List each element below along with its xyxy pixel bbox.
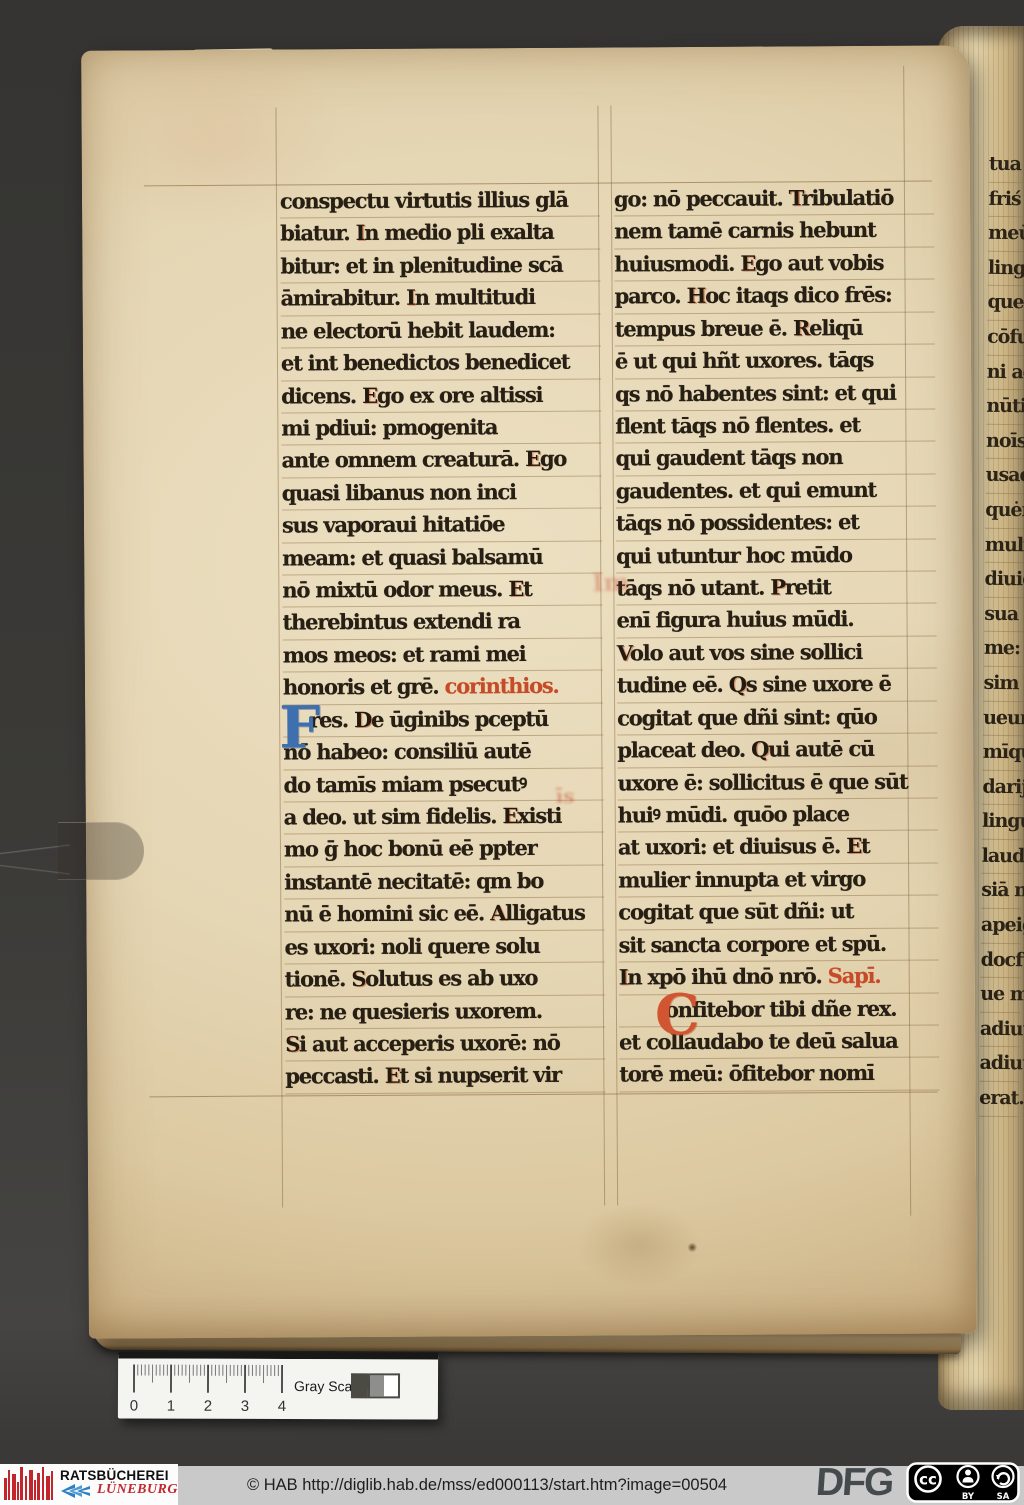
manuscript-text: do tamīs miam psecutꝰ bbox=[283, 771, 526, 797]
manuscript-text-line: biatur. In medio pli exalta bbox=[280, 217, 600, 251]
illuminated-initial: F bbox=[253, 699, 319, 755]
facing-page-text-fragment: usad bbox=[986, 459, 1024, 494]
manuscript-text: mos meos: et rami mei bbox=[283, 641, 526, 667]
manuscript-text-line: es uxori: noli quere solu bbox=[284, 930, 604, 964]
manuscript-text: gaudentes. et qui emunt bbox=[616, 477, 876, 504]
manuscript-text: E bbox=[525, 446, 540, 471]
manuscript-text: oc itaqs dico frēs: bbox=[705, 282, 891, 308]
rubric-text: Sapī. bbox=[828, 963, 881, 988]
library-bars-icon bbox=[4, 1467, 56, 1502]
manuscript-text: R bbox=[793, 315, 809, 340]
manuscript-text: ribulatiō bbox=[802, 185, 894, 211]
manuscript-text: uxore ē: sollicitus ē que sūt bbox=[617, 768, 907, 795]
manuscript-text: meam: et quasi balsamū bbox=[282, 544, 542, 571]
manuscript-text: nem tamē carnis hebunt bbox=[614, 217, 876, 244]
manuscript-text: S bbox=[351, 966, 365, 991]
manuscript-text-line: quasi libanus non inci bbox=[282, 476, 602, 510]
facing-page-text-fragment: siā me bbox=[981, 874, 1021, 909]
manuscript-text: nū ē homini sic eē. bbox=[284, 901, 490, 927]
manuscript-text: quasi libanus non inci bbox=[282, 479, 516, 505]
manuscript-text: a deo. ut sim fidelis. bbox=[284, 803, 503, 829]
manuscript-text: conspectu virtutis illius glā bbox=[280, 187, 568, 214]
gray-patch-dark bbox=[351, 1373, 368, 1398]
manuscript-text: bitur: et in plenitudine scā bbox=[280, 252, 562, 279]
manuscript-text-line: cogitat que sūt dñi: ut bbox=[618, 896, 938, 930]
svg-text:4: 4 bbox=[278, 1398, 286, 1415]
manuscript-text-line: Si aut acceperis uxorē: nō bbox=[285, 1028, 605, 1062]
manuscript-text-line: mos meos: et rami mei bbox=[283, 638, 603, 672]
manuscript-text: A bbox=[490, 900, 505, 925]
manuscript-text: t bbox=[861, 833, 870, 858]
illuminated-initial: C bbox=[609, 987, 699, 1044]
manuscript-text: go aut vobis bbox=[755, 250, 883, 276]
manuscript-text-line: qui gaudent tāqs non bbox=[615, 442, 935, 476]
dfg-logo: DFG bbox=[814, 1461, 893, 1505]
gray-patch-mid bbox=[370, 1375, 384, 1396]
manuscript-text: S bbox=[285, 1031, 299, 1056]
facing-page-text-fragment: erat. bbox=[979, 1082, 1019, 1117]
ink-bleed-through: īs bbox=[556, 784, 586, 810]
manuscript-text: onfitebor tibi dñe rex. bbox=[665, 995, 896, 1021]
manuscript-text: ante omnem creaturā. bbox=[282, 446, 526, 472]
manuscript-text: ui autē cū bbox=[768, 736, 874, 762]
facing-page-text-fragment: quem bbox=[987, 286, 1024, 321]
manuscript-text-line: huiusmodi. Ego aut vobis bbox=[614, 247, 934, 281]
manuscript-text-line: sit sancta corpore et spū. bbox=[618, 928, 938, 962]
manuscript-text: instantē necitatē: qm bo bbox=[284, 868, 543, 895]
manuscript-text: t bbox=[523, 576, 532, 601]
manuscript-text: at uxori: et diuisus ē. bbox=[618, 834, 846, 860]
svg-text:0: 0 bbox=[130, 1397, 138, 1414]
manuscript-text: sus vaporaui hitatiōe bbox=[282, 511, 505, 537]
page-holder-clip bbox=[58, 822, 144, 880]
manuscript-text-line: instantē necitatē: qm bo bbox=[284, 865, 604, 899]
svg-text:2: 2 bbox=[204, 1398, 212, 1415]
manuscript-text: mo ḡ hoc bonū eē ppter bbox=[284, 835, 537, 862]
facing-page-text-fragment: apeig bbox=[981, 909, 1021, 944]
cc-icon: cc bbox=[916, 1467, 941, 1492]
manuscript-text: dicens. bbox=[281, 383, 362, 408]
manuscript-text: lligatus bbox=[505, 900, 585, 925]
manuscript-text: flent tāqs nō flentes. et bbox=[615, 412, 860, 438]
facing-page-text-fragment: multa bbox=[985, 528, 1024, 563]
manuscript-text-line: peccasti. Et si nupserit vir bbox=[285, 1060, 605, 1094]
manuscript-page: conspectu virtutis illius glābiatur. In … bbox=[81, 45, 977, 1338]
manuscript-text-line: ante omnem creaturā. Ego bbox=[281, 444, 601, 478]
cc-by-sa-badge: cc BY SA bbox=[906, 1462, 1020, 1503]
ratsbuecherei-logo: RATSBÜCHEREI LÜNEBURG bbox=[0, 1464, 178, 1505]
manuscript-text-line: mulier innupta et virgo bbox=[618, 863, 938, 897]
manuscript-text: Q bbox=[729, 672, 746, 697]
manuscript-text-line: āmirabitur. In multitudi bbox=[281, 282, 601, 316]
manuscript-text: i aut acceperis uxorē: nō bbox=[299, 1030, 560, 1057]
manuscript-text-line: Volo aut vos sine sollici bbox=[617, 636, 937, 670]
manuscript-text-line: therebintus extendi ra bbox=[282, 606, 602, 640]
library-city: LÜNEBURG bbox=[97, 1482, 178, 1498]
manuscript-text-line: tudine eē. Qs sine uxore ē bbox=[617, 669, 937, 703]
manuscript-text: go ex ore altissi bbox=[377, 381, 543, 407]
manuscript-text: go bbox=[540, 446, 566, 471]
manuscript-text: tudine eē. bbox=[617, 672, 729, 698]
facing-page-text-fragment: lingu bbox=[988, 252, 1024, 287]
manuscript-text-line: nō mixtū odor meus. Et bbox=[282, 574, 602, 608]
manuscript-text: āmirabitur. bbox=[281, 285, 407, 311]
gray-patch-box bbox=[368, 1373, 400, 1398]
svg-text:BY: BY bbox=[962, 1492, 975, 1502]
manuscript-text: tāqs nō possidentes: et bbox=[616, 509, 859, 535]
manuscript-text: E bbox=[846, 833, 861, 858]
manuscript-text: V bbox=[617, 640, 630, 665]
manuscript-text: t si nupserit vir bbox=[399, 1062, 561, 1088]
manuscript-text: nō habeo: consiliū autē bbox=[283, 738, 530, 765]
manuscript-text-line: flent tāqs nō flentes. et bbox=[615, 409, 935, 443]
facing-page-text-fragment: sim est bbox=[983, 667, 1023, 702]
manuscript-text: e ūginibs pceptū bbox=[371, 706, 548, 732]
manuscript-text: cogitat que dñi sint: qūo bbox=[617, 704, 877, 731]
manuscript-text-line: mi pdiui: pmogenita bbox=[281, 412, 601, 446]
facing-page-text-fragment: me: et bbox=[984, 632, 1024, 667]
manuscript-text: D bbox=[354, 707, 371, 732]
manuscript-text: re: ne quesieris uxorem. bbox=[285, 997, 542, 1024]
manuscript-text-line: enī figura huius mūdi. bbox=[616, 604, 936, 638]
manuscript-text: qui gaudent tāqs non bbox=[615, 444, 842, 470]
manuscript-text-line: tempus breue ē. Reliqū bbox=[615, 312, 935, 346]
facing-page-text-fragment: ueums bbox=[983, 701, 1023, 736]
manuscript-column-right: go: nō peccauit. Tribulatiōnem tamē carn… bbox=[614, 183, 940, 1093]
facing-page-text-fragment: nūtia bbox=[986, 390, 1024, 425]
facing-page-text-fragment: adiuto bbox=[979, 1047, 1019, 1082]
facing-page-text-fragment: adiuu bbox=[980, 1013, 1020, 1048]
facing-page-text-fragment: cōfue bbox=[987, 321, 1024, 356]
manuscript-text: E bbox=[362, 382, 377, 407]
manuscript-text-line: sus vaporaui hitatiōe bbox=[282, 509, 602, 543]
manuscript-text-line: qui utuntur hoc mūdo bbox=[616, 539, 936, 573]
manuscript-text-line: tāqs nō utant. Pretit bbox=[616, 572, 936, 606]
manuscript-text: P bbox=[770, 574, 785, 599]
svg-text:1: 1 bbox=[167, 1398, 175, 1415]
manuscript-text: huiꝰ mūdi. quōo place bbox=[618, 801, 849, 827]
manuscript-text: ne electorū hebit laudem: bbox=[281, 317, 555, 344]
manuscript-text: eliqū bbox=[809, 315, 862, 340]
facing-page-text-fragment: mīqu bbox=[983, 736, 1023, 771]
manuscript-text-line: huiꝰ mūdi. quōo place bbox=[618, 799, 938, 833]
manuscript-text: biatur. bbox=[280, 220, 356, 245]
manuscript-text: go: nō peccauit. bbox=[614, 185, 789, 211]
manuscript-text-line: torē meū: ōfitebor nomī bbox=[619, 1058, 939, 1092]
manuscript-text: n medio pli exalta bbox=[364, 219, 553, 245]
manuscript-text: tionē. bbox=[285, 966, 352, 991]
manuscript-text: n multitudi bbox=[415, 284, 535, 310]
manuscript-text-line: et int benedictos benedicet bbox=[281, 347, 601, 381]
manuscript-text: qs nō habentes sint: et qui bbox=[615, 379, 896, 406]
manuscript-text: I bbox=[406, 285, 415, 310]
facing-page-text-fragment: friś c bbox=[988, 182, 1024, 217]
manuscript-text-line: honoris et grē. corinthios. bbox=[283, 671, 603, 705]
svg-text:3: 3 bbox=[241, 1398, 249, 1415]
facing-page-text-fragment: sua fl bbox=[984, 598, 1024, 633]
facing-page-text-fragment: darij. bbox=[982, 770, 1022, 805]
manuscript-text: huiusmodi. bbox=[614, 251, 740, 277]
manuscript-text-line: Confitebor tibi dñe rex. bbox=[619, 993, 939, 1027]
manuscript-text-line: nem tamē carnis hebunt bbox=[614, 215, 934, 249]
manuscript-text: ē ut qui hñt uxores. tāqs bbox=[615, 347, 873, 374]
manuscript-text-line: placeat deo. Qui autē cū bbox=[617, 734, 937, 768]
manuscript-text: olo aut vos sine sollici bbox=[630, 639, 862, 665]
manuscript-text: cogitat que sūt dñi: ut bbox=[618, 898, 853, 924]
manuscript-text: olutus es ab uxo bbox=[365, 965, 537, 991]
manuscript-text-line: nū ē homini sic eē. Alligatus bbox=[284, 898, 604, 932]
manuscript-column-left: conspectu virtutis illius glābiatur. In … bbox=[280, 185, 606, 1095]
facing-page-text-fragment: quėru bbox=[985, 494, 1024, 529]
manuscript-text: mi pdiui: pmogenita bbox=[281, 414, 497, 440]
manuscript-text-line: conspectu virtutis illius glā bbox=[280, 185, 600, 219]
digitized-manuscript-viewer: { "colors": { "background": "#3b3a37", "… bbox=[0, 0, 1024, 1505]
facing-page-text-fragment: docfui bbox=[980, 943, 1020, 978]
manuscript-text-line: nō habeo: consiliū autē bbox=[283, 736, 603, 770]
library-name: RATSBÜCHEREI bbox=[60, 1468, 169, 1483]
manuscript-text-line: re: ne quesieris uxorem. bbox=[285, 995, 605, 1029]
facing-page-text-fragment: laudab bbox=[982, 840, 1022, 875]
facing-page-text-fragment: ni ad bbox=[987, 355, 1024, 390]
facing-page-text-fragment: diuidė bbox=[984, 563, 1024, 598]
manuscript-text-line: Fres. De ūginibs pceptū bbox=[283, 703, 603, 737]
manuscript-text-line: tāqs nō possidentes: et bbox=[616, 507, 936, 541]
manuscript-text-line: tionē. Solutus es ab uxo bbox=[285, 963, 605, 997]
manuscript-text: sit sancta corpore et spū. bbox=[618, 931, 886, 958]
manuscript-text: s sine uxore ē bbox=[746, 671, 891, 697]
manuscript-text-line: at uxori: et diuisus ē. Et bbox=[618, 831, 938, 865]
manuscript-text: parco. bbox=[615, 283, 687, 308]
facing-page-text-fragment: ue m bbox=[980, 978, 1020, 1013]
manuscript-text: E bbox=[385, 1063, 400, 1088]
svg-text:cc: cc bbox=[919, 1471, 937, 1489]
manuscript-text: qui utuntur hoc mūdo bbox=[616, 542, 852, 568]
facing-page-text-fragment: noīs bbox=[986, 425, 1024, 460]
manuscript-text-line: mo ḡ hoc bonū eē ppter bbox=[284, 833, 604, 867]
manuscript-text: I bbox=[356, 220, 365, 245]
facing-page-text-fragment: meū s bbox=[988, 217, 1024, 252]
book-pages-icon bbox=[60, 1483, 94, 1499]
manuscript-text: torē meū: ōfitebor nomī bbox=[619, 1060, 874, 1087]
manuscript-text: E bbox=[502, 803, 517, 828]
manuscript-text: retit bbox=[785, 574, 831, 599]
manuscript-text-line: gaudentes. et qui emunt bbox=[616, 474, 936, 508]
manuscript-text: placeat deo. bbox=[617, 737, 751, 763]
facing-page-text-fragment: lingua bbox=[982, 805, 1022, 840]
rubric-text: corinthios. bbox=[445, 673, 559, 699]
manuscript-text: tempus breue ē. bbox=[615, 315, 793, 341]
manuscript-text-line: dicens. Ego ex ore altissi bbox=[281, 379, 601, 413]
manuscript-text: Q bbox=[751, 737, 768, 762]
manuscript-text-line: uxore ē: sollicitus ē que sūt bbox=[617, 766, 937, 800]
manuscript-text-line: parco. Hoc itaqs dico frēs: bbox=[614, 280, 934, 314]
manuscript-text: H bbox=[687, 283, 706, 308]
manuscript-text: E bbox=[740, 250, 755, 275]
manuscript-text: peccasti. bbox=[285, 1063, 385, 1089]
manuscript-text: et int benedictos benedicet bbox=[281, 349, 570, 376]
manuscript-text-line: bitur: et in plenitudine scā bbox=[280, 249, 600, 283]
copyright-url-text: © HAB http://diglib.hab.de/mss/ed000113/… bbox=[247, 1476, 727, 1495]
manuscript-text-line: ne electorū hebit laudem: bbox=[281, 314, 601, 348]
manuscript-text-line: meam: et quasi balsamū bbox=[282, 541, 602, 575]
manuscript-text: I bbox=[619, 965, 628, 990]
manuscript-text: E bbox=[508, 576, 523, 601]
svg-text:SA: SA bbox=[997, 1492, 1010, 1502]
manuscript-text: nō mixtū odor meus. bbox=[282, 576, 508, 602]
manuscript-text-line: cogitat que dñi sint: qūo bbox=[617, 701, 937, 735]
manuscript-text: enī figura huius mūdi. bbox=[616, 607, 853, 633]
manuscript-text: es uxori: noli quere solu bbox=[284, 933, 539, 960]
manuscript-text-line: qs nō habentes sint: et qui bbox=[615, 377, 935, 411]
facing-page-text-fragment: tua ḡ bbox=[989, 148, 1024, 183]
gray-scale-ruler: 01234Gray Scale bbox=[118, 1351, 438, 1419]
manuscript-text: T bbox=[789, 185, 802, 210]
ink-bleed-through: Im bbox=[592, 566, 641, 598]
manuscript-text-line: ē ut qui hñt uxores. tāqs bbox=[615, 345, 935, 379]
manuscript-text: mulier innupta et virgo bbox=[618, 866, 865, 893]
manuscript-text: therebintus extendi ra bbox=[282, 609, 519, 635]
manuscript-text-line: go: nō peccauit. Tribulatiō bbox=[614, 183, 934, 217]
